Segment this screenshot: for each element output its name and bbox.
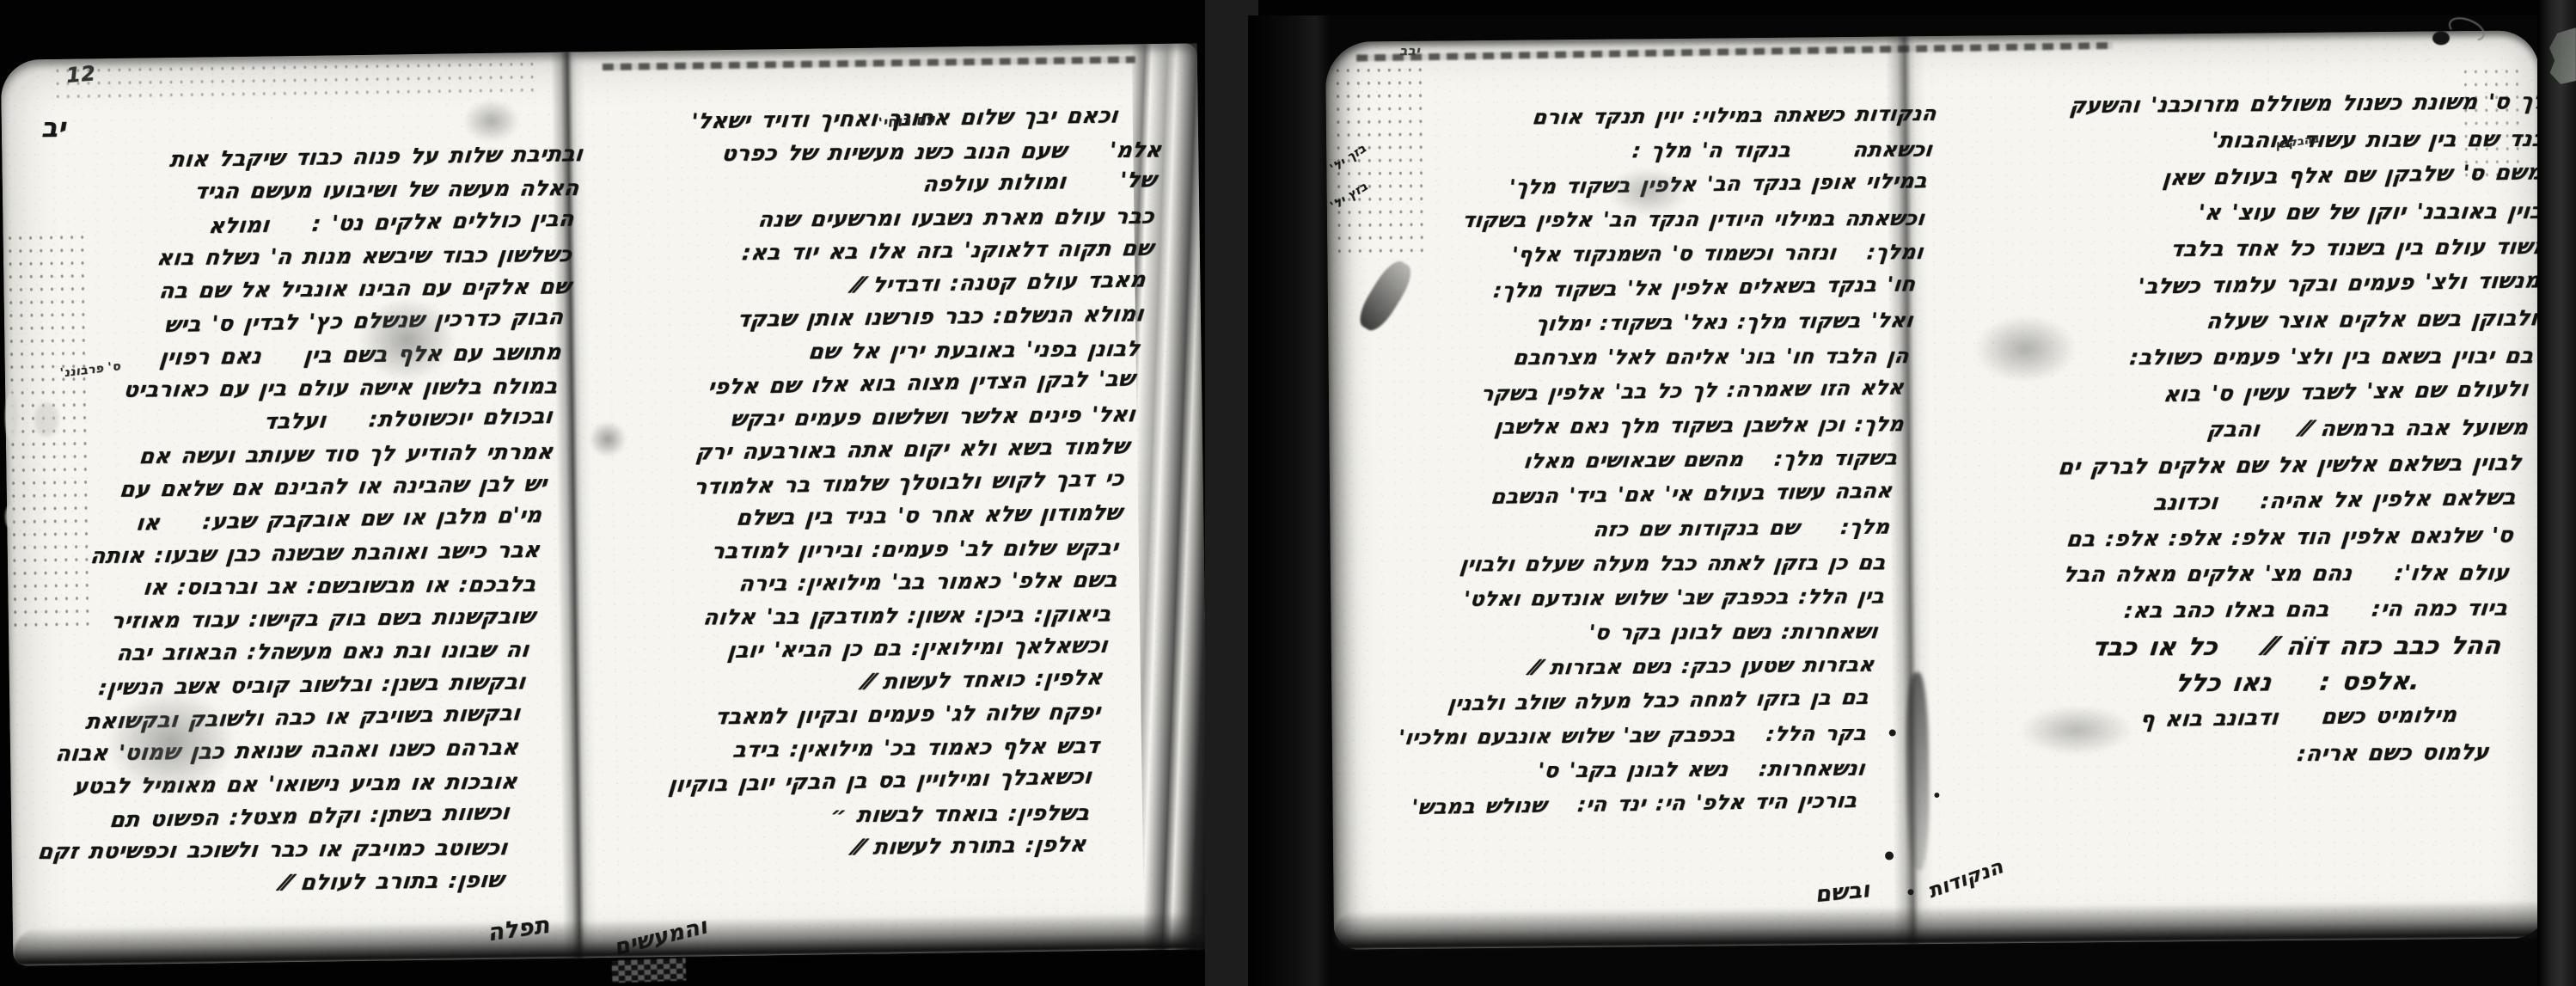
manuscript-text-line: משוד עולם בין בשנוד כל אחד בלבד [1986,229,2551,269]
left-opening-paper: 12 יב ובתיבת שלות על פנוה כבוד שיקבל אות… [1,43,1210,965]
manuscript-text-line: בשם אלפ' כאמור בב' מילואין: בירה [588,563,1119,603]
manuscript-text-line: עלמוס כשם אריה: [1926,734,2491,775]
manuscript-scan: 12 יב ובתיבת שלות על פנוה כבוד שיקבל אות… [0,0,2576,986]
foxing-speckles [5,230,96,627]
manuscript-text-line: מלך: וכן אלשבן בשקוד מלך נאם אלשבן [1348,407,1906,445]
manuscript-text-line: שופן: בתורב לעולם ⁄⁄ [0,863,505,903]
ink-stain [462,99,520,143]
manuscript-text-line: בורכין היד אלפ' הי: ינד הי: שנולש במבש' [1300,783,1859,826]
manuscript-text-line: ולעולם שם אצ' לשבד עשין ס' בוא [1966,371,2530,415]
right-opening-photo: יבב הנקודות כשאתה במילוי: יוין תנקד אורם… [1248,15,2576,986]
manuscript-text-line: וה שבונו ובת נאם מעשהל: הבאוזב יבה [12,634,531,671]
manuscript-text-line: בלבכם: או מבשובשם: אב וברבוס: או [19,568,538,606]
manuscript-text-line: וכשוטב כמויבק או כבר ולשוכב וכפשיטת זקם [0,831,510,869]
manuscript-text-line: הנקודות כשאתה במילוי: יוין תנקד אורם [1380,96,1938,136]
manuscript-text-line: במילוי אופן בנקד הב' אלפין בשקוד מלך' [1371,163,1930,206]
ink-spot [1889,729,1896,736]
manuscript-text-line: הן הלבד חו' בונ' אליהם לאל' מצרחבם [1353,339,1911,376]
folio-number-hebrew: יב [41,113,66,144]
manuscript-text-line: בקר הלל: בכפבק שב' שלוש אונבעם ומלכיו' [1310,716,1868,756]
manuscript-text-line: ההל כבב כזה דֹוֹה ⁄⁄ כל או כבד [1939,627,2504,665]
manuscript-text-line: ואל' בשקוד מלך: נאל' בשקוד: ימלוך [1357,303,1915,342]
recto-page-text: אלך ס' משונת כשנול משוללם מזרוכבנ' והשעק… [1926,83,2564,775]
verso-catchword: ובשם [1814,877,1871,908]
manuscript-text-line: מלך: שם בנקודות שם כזה [1333,510,1891,549]
binding-thread [2445,13,2488,46]
foxing-speckles [2460,64,2521,177]
manuscript-text-line: משועל אבה ברמשה ⁄⁄ והבק [1966,409,2530,450]
bottom-page-edge-shadow [13,911,1209,965]
manuscript-text-line: ושאחרות: נשם לבונן בקר ס' [1322,614,1880,651]
manuscript-text-line: ס' שלנאם אלפין הוד אלפ: אלפ: אלפ: בם [1951,517,2516,559]
manuscript-text-line: בשלפין: בואחד לבשות ״ [560,796,1092,834]
manuscript-text-line: ביוד כמה הי: בהם באלו כהב בא: [1945,590,2510,630]
foxing-speckles [52,58,535,99]
page-stack-top-edge [603,56,1135,70]
ink-spot [2432,31,2450,45]
recto-catchword: הנקודות [1925,855,2006,903]
manuscript-text-line: וכשאתה בנקוד ה' מלך : [1376,132,1934,169]
recto-page-text: וכאם יבך שלום אחונך ואחיך ודויד ישאל'אלמ… [557,99,1167,869]
manuscript-text-line: בין הלל: בכפבק שב' שלוש אונדעם ואלט' [1328,579,1886,617]
manuscript-text-line: יבקש שלום לב' פעמים: וביריון למודבר [589,531,1120,569]
left-opening-photo: 12 יב ובתיבת שלות על פנוה כבוד שיקבל אות… [5,22,1207,968]
manuscript-text-line: בם יבוין בשאם בין ולצ' פעמים כשולב: [1972,338,2536,377]
manuscript-text-line: בם כן בזקן לאתה כבל מעלה שעלם ולבוין [1330,545,1888,582]
manuscript-text-line: ביאוקן: ביכן: אשון: למודבקן בב' אלוה [582,597,1113,635]
folio-mark: יבב [1399,43,1420,58]
manuscript-text-line: כבר עולם מארת נשבעו ומרשעים שנה [625,199,1156,237]
page-stack-top-edge [1356,42,2113,62]
ink-spot [1885,851,1894,860]
bottom-page-edge-shadow [1334,900,2548,950]
manuscript-text-line: עולם אלו': נהם מצ' אלקים מאלה הבל [1947,554,2512,593]
manuscript-text-line: אמרתי להודיע לך סוד שעותב ועשה אם [36,435,555,474]
manuscript-text-line: ואל' פינים אלשר ושלשום פעמים יבקש [606,398,1137,438]
right-edge-strip [2537,0,2576,986]
manuscript-text-line: אלפן: בתורת לעשות ⁄⁄ [557,828,1088,868]
manuscript-text-line: ולבוקן בשם אלקים אוצר שעלה [1975,300,2540,341]
binding-spine [1248,15,1331,986]
manuscript-text-line: וכשאתה במילוי היודין הנקד הב' אלפין בשקו… [1368,201,1926,238]
ink-spot [1934,793,1939,798]
ink-spot [1907,889,1913,895]
fabric-texture-patch [612,958,687,983]
foxing-speckles [1332,64,1429,254]
right-opening-paper: יבב הנקודות כשאתה במילוי: יוין תנקד אורם… [1325,30,2548,950]
manuscript-text-line: יבוין באובבנ' יוקן של שם עוצ' א' [1988,193,2553,232]
manuscript-text-line: כשלשון כבוד שיבשא מנות ה' נשלח בוא [55,238,574,276]
